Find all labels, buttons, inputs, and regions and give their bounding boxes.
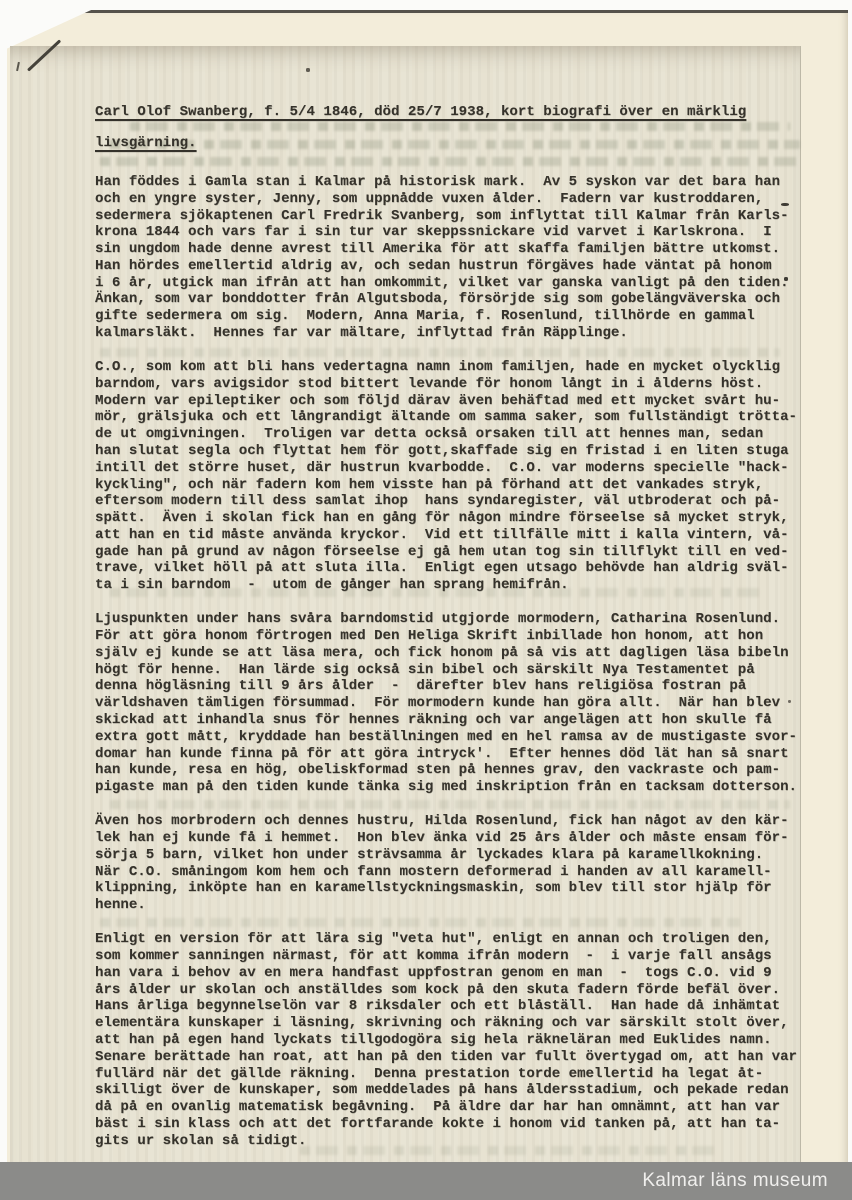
title-line-1: Carl Olof Swanberg, f. 5/4 1846, död 25/… xyxy=(95,97,809,128)
paragraph-1: Han föddes i Gamla stan i Kalmar på hist… xyxy=(95,174,809,342)
document-title: Carl Olof Swanberg, f. 5/4 1846, död 25/… xyxy=(95,97,809,159)
museum-watermark: Kalmar läns museum xyxy=(642,1170,828,1192)
paragraph-4: Även hos morbrodern och dennes hustru, H… xyxy=(95,813,809,914)
paragraph-5: Enligt en version för att lära sig "veta… xyxy=(95,931,809,1149)
typed-text-block: Carl Olof Swanberg, f. 5/4 1846, död 25/… xyxy=(95,97,809,1167)
title-line-2: livsgärning. xyxy=(95,128,809,159)
document-body: Han föddes i Gamla stan i Kalmar på hist… xyxy=(95,174,809,1149)
paragraph-2: C.O., som kom att bli hans vedertagna na… xyxy=(95,359,809,594)
ink-speck xyxy=(306,68,310,72)
watermark-bar: Kalmar läns museum xyxy=(0,1162,852,1200)
scanned-document-photo: Carl Olof Swanberg, f. 5/4 1846, död 25/… xyxy=(0,0,852,1200)
paragraph-3: Ljuspunkten under hans svåra barndomstid… xyxy=(95,611,809,795)
